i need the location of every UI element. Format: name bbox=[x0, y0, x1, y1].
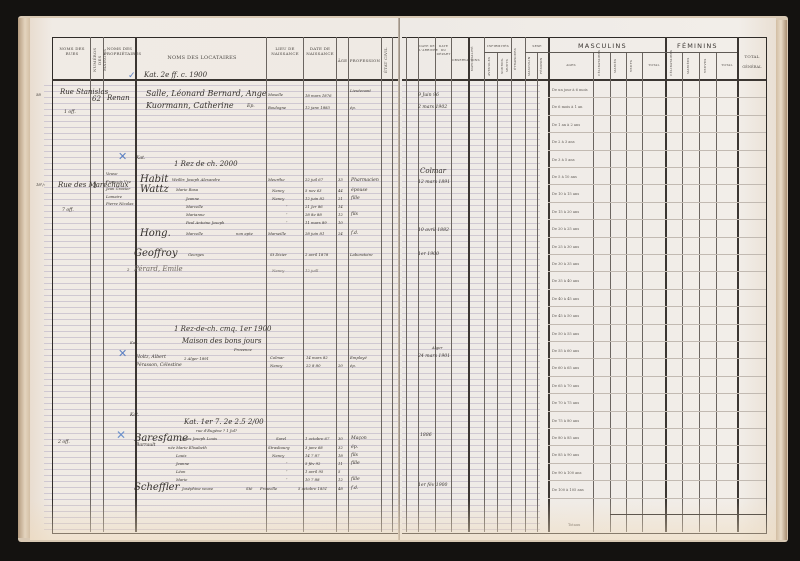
col-divider bbox=[451, 37, 452, 532]
header-m-maries: Mariés bbox=[613, 56, 621, 76]
header-f-veuves: Veuves bbox=[703, 56, 711, 76]
age-group-label: De 90 à 100 ans bbox=[552, 471, 581, 475]
profession: fils bbox=[351, 212, 358, 217]
street-extra: 1 off. bbox=[64, 110, 76, 115]
age-group-label: De 60 à 65 ans bbox=[552, 366, 579, 370]
age-row-divider bbox=[548, 254, 766, 255]
birthdate: 5 fév 92 bbox=[305, 461, 320, 466]
right-header-divider bbox=[402, 79, 766, 81]
age-row-divider bbox=[548, 463, 766, 464]
right-table-frame bbox=[402, 37, 767, 534]
resident-given-name: Léon bbox=[176, 469, 186, 474]
header-m-total: TOTAL bbox=[643, 63, 665, 68]
header-sourds-muets: Sourds-muets bbox=[500, 56, 508, 76]
entry-extra: Provence bbox=[234, 347, 252, 352]
header-numeros-maisons: NUMÉROS des MAISONS bbox=[92, 44, 102, 76]
header-feminin: Féminin bbox=[539, 56, 547, 76]
birthdate: 1 avril 95 bbox=[305, 469, 323, 474]
margin-note: 18¹/₇ bbox=[36, 182, 45, 187]
birthplace: Sarel bbox=[276, 436, 286, 441]
resident-note: 2 Alger 1891 bbox=[184, 356, 209, 361]
profession: Employé bbox=[350, 355, 367, 360]
col-divider bbox=[497, 52, 498, 532]
age-row-divider bbox=[548, 411, 766, 412]
age: 24 bbox=[338, 231, 343, 236]
entry-subheader: rue d'Eugène ? 1 Jul? bbox=[196, 428, 237, 433]
profession: f.d. bbox=[351, 231, 358, 236]
col-divider bbox=[525, 37, 526, 532]
age-row-divider bbox=[548, 358, 766, 359]
birthdate: 22 8 80 bbox=[306, 363, 321, 368]
header-total: TOTAL bbox=[738, 54, 766, 59]
age-row-divider bbox=[548, 115, 766, 116]
birthplace: Boulogne bbox=[268, 105, 286, 110]
header-noms-locataires: NOMS DES LOCATAIRES bbox=[140, 56, 264, 61]
header-m-veufs: Veufs bbox=[629, 56, 637, 76]
resident-name: Pérasson, Célestine bbox=[136, 363, 182, 368]
age: 48 bbox=[338, 486, 343, 491]
entry-mark: Kat. bbox=[130, 340, 138, 345]
birthplace-ditto: ″ bbox=[286, 477, 287, 482]
arrival-date: 12 mars 1891 bbox=[418, 180, 450, 185]
col-divider bbox=[682, 52, 683, 532]
resident-name: Scheffler bbox=[134, 482, 179, 493]
profession: fille bbox=[351, 461, 360, 466]
arrival-date: 24 mars 1901 bbox=[418, 354, 450, 359]
age-row-divider bbox=[548, 324, 766, 325]
birthplace: Marseille bbox=[268, 231, 286, 236]
age-group-label: De 30 à 35 ans bbox=[552, 262, 579, 266]
entry-header-note: Kat. bbox=[136, 156, 145, 161]
age: 12 bbox=[338, 477, 343, 482]
arrival-place: Alger bbox=[432, 345, 442, 350]
birthplace: Nancy bbox=[272, 268, 284, 273]
col-divider bbox=[303, 37, 304, 532]
age-row-divider bbox=[548, 97, 766, 98]
header-date-arrivee: DATE de L'ARRIVÉE bbox=[419, 44, 435, 52]
resident-name: Pérard, Emile bbox=[134, 265, 183, 273]
header-ages: AGES bbox=[549, 63, 593, 68]
birthdate: 12 juill bbox=[305, 268, 318, 273]
birthdate: 18 mars 1876 bbox=[305, 93, 332, 98]
profession: ép. bbox=[350, 105, 356, 110]
header-profession: PROFESSION bbox=[349, 58, 381, 63]
resident-given-name: Marie Rosa bbox=[176, 187, 198, 192]
birthplace-ditto: ″ bbox=[286, 220, 287, 225]
age-row-divider bbox=[548, 306, 766, 307]
arrival-date: 2 mars 1902 bbox=[418, 105, 447, 110]
col-divider bbox=[468, 37, 470, 532]
header-f-mariees: Mariées bbox=[686, 56, 694, 76]
resident-extra: Ep. bbox=[247, 104, 255, 109]
resident-given-name: Jules Joseph Louis bbox=[182, 436, 217, 441]
age: 11 bbox=[338, 461, 343, 466]
arrival-place: Colmar bbox=[420, 167, 446, 175]
age-group-label: De 70 à 75 ans bbox=[552, 401, 579, 405]
street-name: Rue Stanislas bbox=[60, 88, 108, 96]
profession: fille bbox=[351, 477, 360, 482]
profession: épouse bbox=[351, 188, 367, 193]
arrival-date: 1er 1900 bbox=[418, 252, 439, 257]
birthplace-ditto: ″ bbox=[286, 212, 287, 217]
birthplace: Nancy bbox=[270, 363, 282, 368]
profession: Pharmacien bbox=[351, 178, 379, 183]
resident-given-name: Louis bbox=[176, 453, 186, 458]
age: 21 bbox=[338, 196, 343, 201]
age-group-label: De 2 à 3 ans bbox=[552, 140, 575, 144]
age-group-label: De 15 à 20 ans bbox=[552, 210, 579, 214]
resident-given-name: Georges bbox=[188, 252, 204, 257]
col-divider bbox=[537, 52, 538, 532]
age: 44 bbox=[338, 188, 343, 193]
age-row-divider bbox=[548, 445, 766, 446]
col-divider bbox=[484, 37, 485, 532]
col-divider bbox=[90, 37, 91, 532]
resident-name: Hong. bbox=[140, 228, 171, 239]
header-age: ÂGE bbox=[337, 58, 348, 63]
profession: fille bbox=[351, 196, 360, 201]
age-row-divider bbox=[548, 132, 766, 133]
age-group-label: De 80 à 85 ans bbox=[552, 436, 579, 440]
age-group-label: De 10 à 15 ans bbox=[552, 192, 579, 196]
header-etat-civil: ÉTAT CIVIL bbox=[383, 44, 391, 76]
age-group-label: De 25 à 30 ans bbox=[552, 245, 579, 249]
col-divider bbox=[642, 52, 643, 532]
resident-given-name: Paul Antoine Joseph bbox=[186, 220, 225, 225]
profession: fils bbox=[351, 453, 358, 458]
resident-given-name: Marianne bbox=[186, 212, 205, 217]
birthplace: Colmar bbox=[270, 355, 284, 360]
resident-name: Kuormann, Catherine bbox=[146, 101, 234, 110]
street-extra: 2 off. bbox=[58, 440, 70, 445]
age: 30 bbox=[338, 436, 343, 441]
birthplace: Strasbourg bbox=[268, 445, 290, 450]
birthdate: 2 avril 1878 bbox=[305, 252, 328, 257]
age-group-label: De 35 à 40 ans bbox=[552, 279, 579, 283]
age-row-divider bbox=[548, 237, 766, 238]
profession: ép. bbox=[350, 363, 356, 368]
age-group-label: De 6 mois à 1 an bbox=[552, 105, 582, 109]
col-divider bbox=[610, 52, 611, 532]
age-group-label: De 3 à 5 ans bbox=[552, 158, 575, 162]
age: 18 bbox=[338, 453, 343, 458]
col-divider bbox=[511, 37, 512, 532]
margin-note: 2 bbox=[127, 267, 129, 272]
col-divider bbox=[716, 52, 717, 532]
col-divider bbox=[336, 37, 337, 532]
entry-subheader: Maison des bons jours bbox=[182, 337, 261, 345]
header-subdivider bbox=[548, 52, 737, 53]
birthdate: 28 juin 81 bbox=[305, 231, 324, 236]
header-observations: OBSERVATIONS bbox=[452, 58, 468, 63]
header-infirmites: INFIRMITÉS bbox=[485, 44, 511, 49]
age-row-divider bbox=[548, 167, 766, 168]
age-row-divider bbox=[548, 219, 766, 220]
resident-given-name: Marcelle bbox=[186, 231, 203, 236]
age-row-divider bbox=[548, 202, 766, 203]
col-divider bbox=[699, 52, 700, 532]
col-divider bbox=[593, 52, 594, 532]
header-sexe: SEXE bbox=[526, 44, 548, 49]
owner-name: Veuve François Vve Jean Gravier Lomaire … bbox=[106, 170, 134, 208]
age-row-divider bbox=[548, 498, 766, 499]
resident-given-name: Joséphine veuve bbox=[182, 486, 213, 491]
birthplace-ditto: ″ bbox=[286, 204, 287, 209]
header-noms-proprietaires: NOMS des PROPRIÉTAIRES bbox=[104, 46, 135, 56]
blue-cross-mark: ✕ bbox=[116, 428, 126, 442]
age: 33 bbox=[338, 177, 343, 182]
resident-given-name: Jeanne bbox=[176, 461, 189, 466]
age-row-divider bbox=[548, 150, 766, 151]
resident-note: non apte bbox=[236, 231, 253, 236]
age: 12 bbox=[338, 212, 343, 217]
resident-given-name: née Marie Elisabeth bbox=[168, 445, 207, 450]
age-group-label: De 75 à 80 ans bbox=[552, 419, 579, 423]
col-divider bbox=[348, 37, 349, 532]
birthplace: Nancy bbox=[272, 188, 284, 193]
blue-check-mark: ✓ bbox=[128, 71, 136, 81]
birthplace: Frouville bbox=[260, 486, 277, 491]
birthdate: 10 7 88 bbox=[305, 477, 320, 482]
col-divider bbox=[266, 37, 267, 532]
col-divider bbox=[392, 37, 393, 532]
page-edges-right bbox=[775, 20, 787, 540]
house-number: 1 bbox=[93, 182, 97, 190]
header-general: GÉNÉRAL bbox=[738, 65, 766, 70]
arrival-date: 1886 bbox=[420, 433, 432, 438]
birthdate: 11 mars 89 bbox=[305, 220, 327, 225]
birthplace-ditto: ″ bbox=[286, 461, 287, 466]
age-row-divider bbox=[548, 393, 766, 394]
birthdate: 14 mars 82 bbox=[306, 355, 328, 360]
birthdate: 5 nov 63 bbox=[305, 188, 322, 193]
col-divider bbox=[418, 37, 419, 532]
col-divider bbox=[548, 37, 550, 532]
header-subdivider bbox=[484, 52, 511, 53]
col-divider bbox=[435, 37, 436, 532]
resident-given-name: Weilbr. Joseph Alexandre bbox=[172, 177, 220, 182]
age: 5 bbox=[338, 469, 340, 474]
resident-extra: Sté bbox=[246, 486, 252, 491]
profession: f.d. bbox=[351, 486, 358, 491]
profession: ép. bbox=[351, 445, 358, 450]
col-divider bbox=[737, 37, 739, 532]
col-divider bbox=[103, 37, 104, 532]
resident-given-name: Marcelle bbox=[186, 204, 203, 209]
age-row-divider bbox=[548, 341, 766, 342]
birthplace: Nancy bbox=[272, 196, 284, 201]
age-group-label: De 20 à 25 ans bbox=[552, 227, 579, 231]
profession: Lieutenant bbox=[350, 88, 371, 93]
page-bottom-light bbox=[30, 500, 776, 540]
resident-given-name: Jeanne bbox=[186, 196, 199, 201]
age-group-label: De 45 à 50 ans bbox=[552, 314, 579, 318]
blue-cross-mark: ✕ bbox=[118, 150, 127, 163]
birthplace: Meurthe bbox=[268, 177, 285, 182]
age-group-label: De 40 à 45 ans bbox=[552, 297, 579, 301]
age-group-label: De 50 à 55 ans bbox=[552, 332, 579, 336]
blue-cross-mark: ✕ bbox=[118, 347, 127, 360]
margin-note: 58 bbox=[36, 92, 41, 97]
age-row-divider bbox=[548, 480, 766, 481]
birthdate: 1 octobre 67 bbox=[305, 436, 329, 441]
age: 10 bbox=[338, 220, 343, 225]
age-row-divider bbox=[548, 184, 766, 185]
arrival-date: 9 Juin 96 bbox=[418, 93, 439, 98]
col-divider bbox=[135, 37, 137, 532]
age-group-label: De un jour à 6 mois bbox=[552, 88, 588, 92]
birthdate: 12 juin 82 bbox=[305, 196, 324, 201]
header-date-depart: DATE du DÉPART bbox=[436, 44, 451, 56]
age-row-divider bbox=[548, 271, 766, 272]
entry-header-note: 1 Rez-de-ch. cmq. 1er 1900 bbox=[174, 325, 271, 333]
birthplace-ditto: ″ bbox=[286, 469, 287, 474]
age-group-label: De 5 à 10 ans bbox=[552, 175, 577, 179]
header-feminins: FÉMININS bbox=[677, 42, 718, 50]
birthplace: Moselle bbox=[268, 92, 283, 97]
owner-name: Renan bbox=[107, 94, 130, 102]
entry-mark: Kat. bbox=[130, 413, 139, 418]
entry-header-note: 1 Rez de ch. 2000 bbox=[174, 160, 238, 168]
header-m-celibataires: Célibataires bbox=[597, 56, 605, 76]
profession: Maçon bbox=[351, 436, 367, 441]
col-divider bbox=[626, 52, 627, 532]
age-row-divider bbox=[548, 289, 766, 290]
resident-name: Wattz bbox=[140, 184, 169, 195]
arrival-date: 10 avril 1882 bbox=[418, 228, 449, 233]
entry-header-note: Kat. 2e ff. c. 1900 bbox=[144, 71, 207, 79]
age: 32 bbox=[338, 445, 343, 450]
header-masculin: Masculin bbox=[527, 56, 535, 76]
age: 14 bbox=[338, 204, 343, 209]
header-aveugles: Aveugles bbox=[487, 56, 495, 76]
age-group-label: De 1 an à 2 ans bbox=[552, 123, 580, 127]
birthdate: 12 janv 1883 bbox=[305, 105, 330, 110]
birthdate: 5 octobre 1851 bbox=[298, 486, 327, 491]
age-group-label: De 55 à 60 ans bbox=[552, 349, 579, 353]
header-etrangers: ÉTRANGERS bbox=[513, 44, 523, 74]
header-lieu-naissance: LIEU de NAISSANCE bbox=[268, 46, 302, 56]
entry-header-note: Kat. 1er 7. 2e 2.5 2/00 bbox=[184, 418, 264, 426]
birthdate: 22 juil 67 bbox=[305, 177, 323, 182]
birthplace: St Dizier bbox=[270, 252, 287, 257]
birthdate: 3 janv 68 bbox=[305, 445, 323, 450]
header-subdivider bbox=[525, 52, 548, 53]
birthdate: 28 8e 88 bbox=[305, 212, 322, 217]
arrival-date: 1er fév 1900 bbox=[418, 483, 447, 488]
birthplace: Nancy bbox=[272, 453, 284, 458]
age-row-divider bbox=[548, 376, 766, 377]
header-f-celibataires: Célibataires bbox=[669, 56, 677, 76]
header-masculins: MASCULINS bbox=[578, 42, 627, 50]
header-f-total: TOTAL bbox=[717, 63, 737, 68]
resident-name: Barrault bbox=[136, 443, 156, 448]
house-number: 62 bbox=[92, 95, 101, 103]
col-divider bbox=[381, 37, 382, 532]
age-group-label: De 100 à 105 ans bbox=[552, 488, 584, 492]
birthdate: 14 7 87 bbox=[305, 453, 320, 458]
col-divider bbox=[665, 37, 667, 532]
age-row-divider bbox=[548, 428, 766, 429]
col-divider bbox=[406, 37, 407, 532]
resident-name: Salle, Léonard Bernard, Ange bbox=[146, 89, 267, 98]
age-group-label: De 65 à 70 ans bbox=[552, 384, 579, 388]
age: 20 bbox=[338, 363, 343, 368]
profession: Laboratoire bbox=[350, 252, 373, 257]
header-date-naissance: DATE de NAISSANCE bbox=[305, 46, 335, 56]
resident-name: Holtz, Albert bbox=[136, 355, 166, 360]
age-group-label: De 85 à 90 ans bbox=[552, 453, 579, 457]
header-nationalite: NATIONALITÉ bbox=[470, 42, 482, 76]
birthdate: 21 Jer 86 bbox=[305, 204, 323, 209]
street-extra: 7 off. bbox=[62, 208, 74, 213]
resident-name: Geoffroy bbox=[134, 248, 177, 259]
header-noms-rues: NOMS des RUES bbox=[54, 46, 90, 56]
